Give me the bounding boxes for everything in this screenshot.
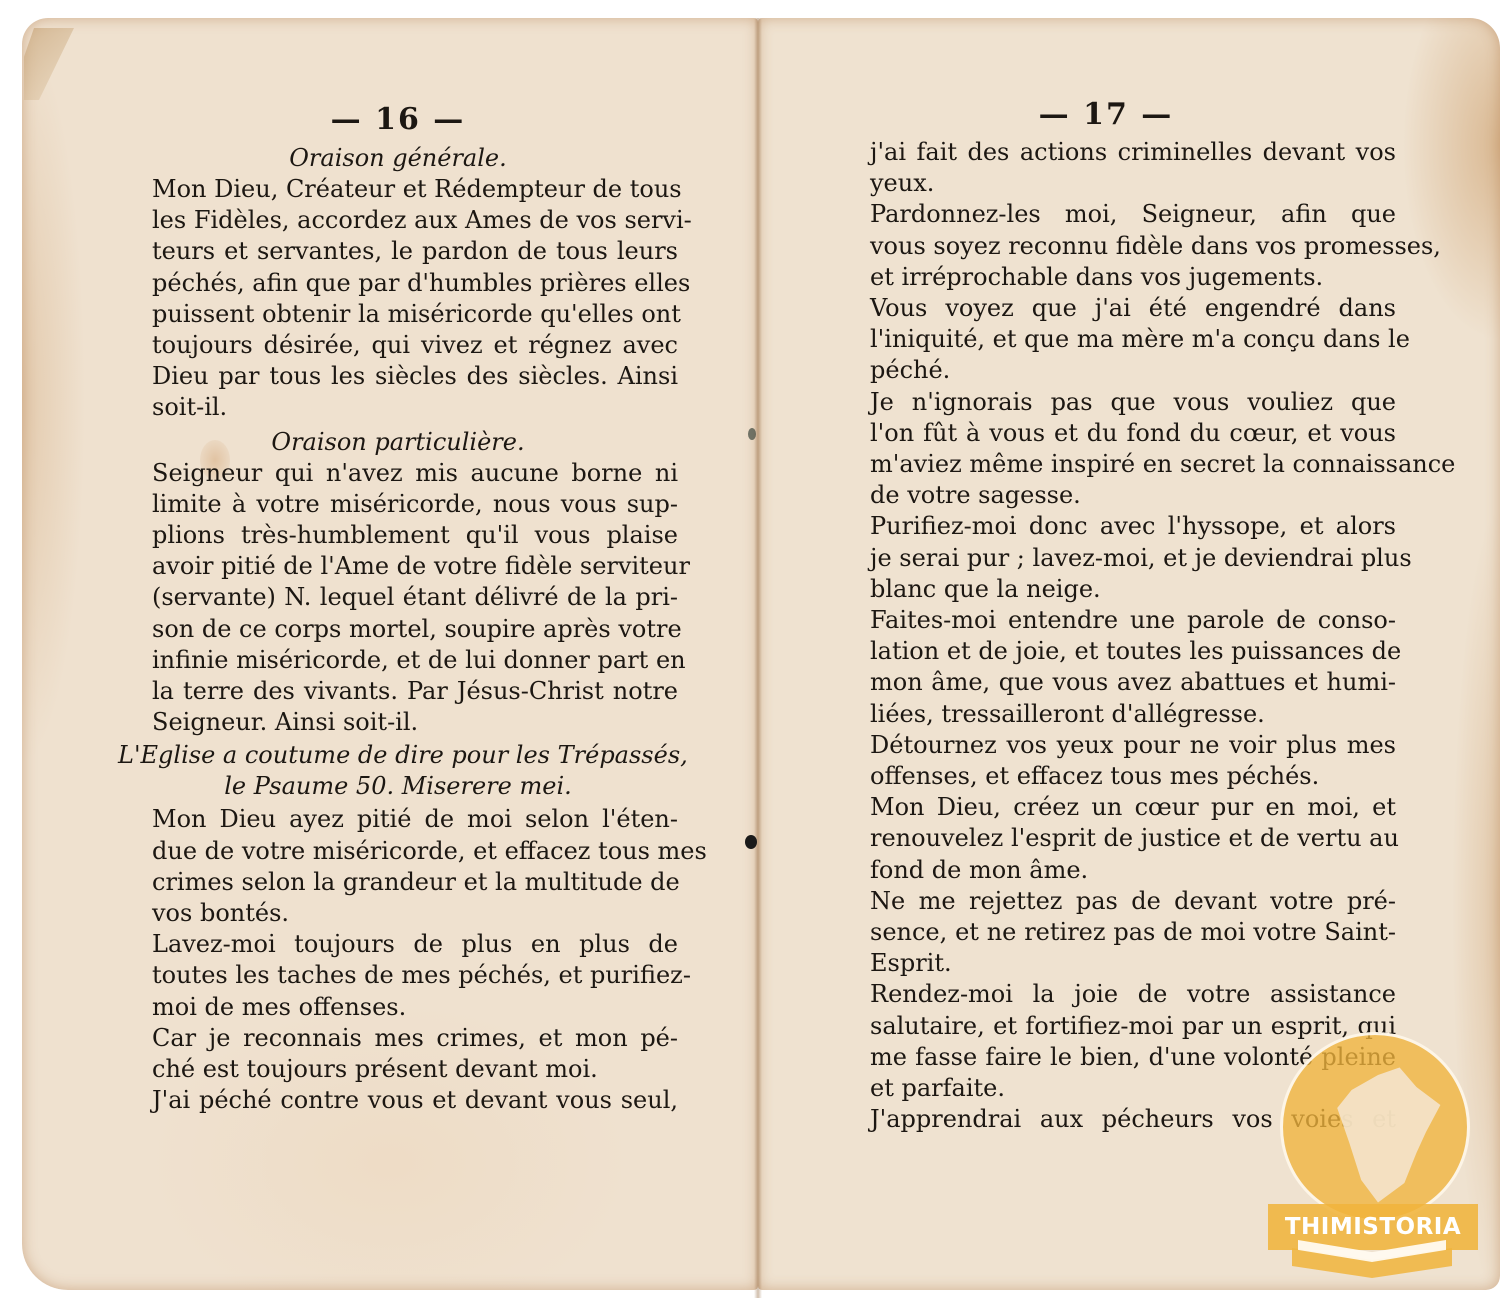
text-line: de votre sagesse. xyxy=(836,480,1396,511)
text-line: J'ai péché contre vous et devant vous se… xyxy=(118,1085,678,1116)
text-line: soit-il. xyxy=(118,392,678,423)
text-line: Rendez-moi la joie de votre assistance xyxy=(836,979,1396,1010)
paragraph: Détournez vos yeux pour ne voir plus mes… xyxy=(836,730,1396,792)
binding-hole xyxy=(745,835,757,849)
paragraph: Mon Dieu ayez pitié de moi selon l'éten-… xyxy=(118,804,678,929)
text-line: offenses, et effacez tous mes péchés. xyxy=(836,761,1396,792)
paragraph: J'ai péché contre vous et devant vous se… xyxy=(118,1085,678,1116)
left-page-text: — 16 — Oraison générale. Mon Dieu, Créat… xyxy=(118,100,678,1116)
text-line: blanc que la neige. xyxy=(836,574,1396,605)
book-gutter xyxy=(754,18,762,1298)
paragraph: Mon Dieu, Créateur et Rédempteur de tous… xyxy=(118,174,678,424)
text-line: Esprit. xyxy=(836,948,1396,979)
paragraph: Pardonnez-les moi, Seigneur, afin que vo… xyxy=(836,199,1396,293)
paragraph: Purifiez-moi donc avec l'hyssope, et alo… xyxy=(836,511,1396,605)
text-line: moi de mes offenses. xyxy=(118,992,678,1023)
paragraph: Car je reconnais mes crimes, et mon pé- … xyxy=(118,1023,678,1085)
text-line: fond de mon âme. xyxy=(836,855,1396,886)
text-line: les Fidèles, accordez aux Ames de vos se… xyxy=(118,205,678,236)
text-line: Ne me rejettez pas de devant votre pré- xyxy=(836,886,1396,917)
paragraph: Faites-moi entendre une parole de conso-… xyxy=(836,605,1396,730)
text-line: (servante) N. lequel étant délivré de la… xyxy=(118,582,678,613)
text-line: Purifiez-moi donc avec l'hyssope, et alo… xyxy=(836,511,1396,542)
text-line: toujours désirée, qui vivez et régnez av… xyxy=(118,330,678,361)
page-number: — 17 — xyxy=(816,95,1396,135)
right-page-text: — 17 — j'ai fait des actions criminelles… xyxy=(836,95,1396,1136)
section-heading: Oraison générale. xyxy=(118,142,678,174)
text-line: Mon Dieu, Créateur et Rédempteur de tous xyxy=(118,174,678,205)
text-line: Détournez vos yeux pour ne voir plus mes xyxy=(836,730,1396,761)
text-line: péchés, afin que par d'humbles prières e… xyxy=(118,268,678,299)
heading-line: L'Eglise a coutume de dire pour les Trép… xyxy=(118,740,678,771)
text-line: infinie miséricorde, et de lui donner pa… xyxy=(118,645,678,676)
binding-thread xyxy=(748,428,756,440)
text-line: toutes les taches de mes péchés, et puri… xyxy=(118,960,678,991)
text-line: renouvelez l'esprit de justice et de ver… xyxy=(836,823,1396,854)
text-line: Mon Dieu ayez pitié de moi selon l'éten- xyxy=(118,804,678,835)
text-line: Dieu par tous les siècles des siècles. A… xyxy=(118,361,678,392)
text-line: péché. xyxy=(836,355,1396,386)
text-line: plions très-humblement qu'il vous plaise xyxy=(118,520,678,551)
text-line: son de ce corps mortel, soupire après vo… xyxy=(118,614,678,645)
text-line: Seigneur qui n'avez mis aucune borne ni xyxy=(118,458,678,489)
psalm-heading: L'Eglise a coutume de dire pour les Trép… xyxy=(118,740,678,802)
paragraph: Je n'ignorais pas que vous vouliez que l… xyxy=(836,387,1396,512)
text-line: limite à votre miséricorde, nous vous su… xyxy=(118,489,678,520)
text-line: Car je reconnais mes crimes, et mon pé- xyxy=(118,1023,678,1054)
watermark-label: THIMISTORIA xyxy=(1285,1214,1461,1240)
text-line: Vous voyez que j'ai été engendré dans xyxy=(836,293,1396,324)
text-line: Seigneur. Ainsi soit-il. xyxy=(118,707,678,738)
text-line: je serai pur ; lavez-moi, et je deviendr… xyxy=(836,543,1396,574)
text-line: avoir pitié de l'Ame de votre fidèle ser… xyxy=(118,551,678,582)
text-line: m'aviez même inspiré en secret la connai… xyxy=(836,449,1396,480)
paragraph: Vous voyez que j'ai été engendré dans l'… xyxy=(836,293,1396,387)
paragraph: Mon Dieu, créez un cœur pur en moi, et r… xyxy=(836,792,1396,886)
text-line: vous soyez reconnu fidèle dans vos prome… xyxy=(836,231,1396,262)
paragraph: j'ai fait des actions criminelles devant… xyxy=(836,137,1396,199)
text-line: Pardonnez-les moi, Seigneur, afin que xyxy=(836,199,1396,230)
text-line: due de votre miséricorde, et effacez tou… xyxy=(118,836,678,867)
paragraph: Ne me rejettez pas de devant votre pré- … xyxy=(836,886,1396,980)
text-line: liées, tressailleront d'allégresse. xyxy=(836,699,1396,730)
text-line: et irréprochable dans vos jugements. xyxy=(836,262,1396,293)
text-line: j'ai fait des actions criminelles devant… xyxy=(836,137,1396,168)
paragraph: Seigneur qui n'avez mis aucune borne ni … xyxy=(118,458,678,739)
text-line: lation et de joie, et toutes les puissan… xyxy=(836,636,1396,667)
text-line: Mon Dieu, créez un cœur pur en moi, et xyxy=(836,792,1396,823)
paragraph: Lavez-moi toujours de plus en plus de to… xyxy=(118,929,678,1023)
text-line: Je n'ignorais pas que vous vouliez que xyxy=(836,387,1396,418)
text-line: l'iniquité, et que ma mère m'a conçu dan… xyxy=(836,324,1396,355)
text-line: puissent obtenir la miséricorde qu'elles… xyxy=(118,299,678,330)
text-line: ché est toujours présent devant moi. xyxy=(118,1054,678,1085)
thimistoria-watermark: THIMISTORIA xyxy=(1268,1032,1488,1292)
text-line: mon âme, que vous avez abattues et humi- xyxy=(836,667,1396,698)
text-line: Faites-moi entendre une parole de conso- xyxy=(836,605,1396,636)
text-line: teurs et servantes, le pardon de tous le… xyxy=(118,236,678,267)
section-heading: Oraison particulière. xyxy=(118,426,678,458)
text-line: vos bontés. xyxy=(118,898,678,929)
page-number: — 16 — xyxy=(118,100,678,140)
text-line: sence, et ne retirez pas de moi votre Sa… xyxy=(836,917,1396,948)
heading-line: le Psaume 50. Miserere mei. xyxy=(118,771,678,802)
text-line: la terre des vivants. Par Jésus-Christ n… xyxy=(118,676,678,707)
text-line: crimes selon la grandeur et la multitude… xyxy=(118,867,678,898)
text-line: yeux. xyxy=(836,168,1396,199)
text-line: l'on fût à vous et du fond du cœur, et v… xyxy=(836,418,1396,449)
text-line: Lavez-moi toujours de plus en plus de xyxy=(118,929,678,960)
